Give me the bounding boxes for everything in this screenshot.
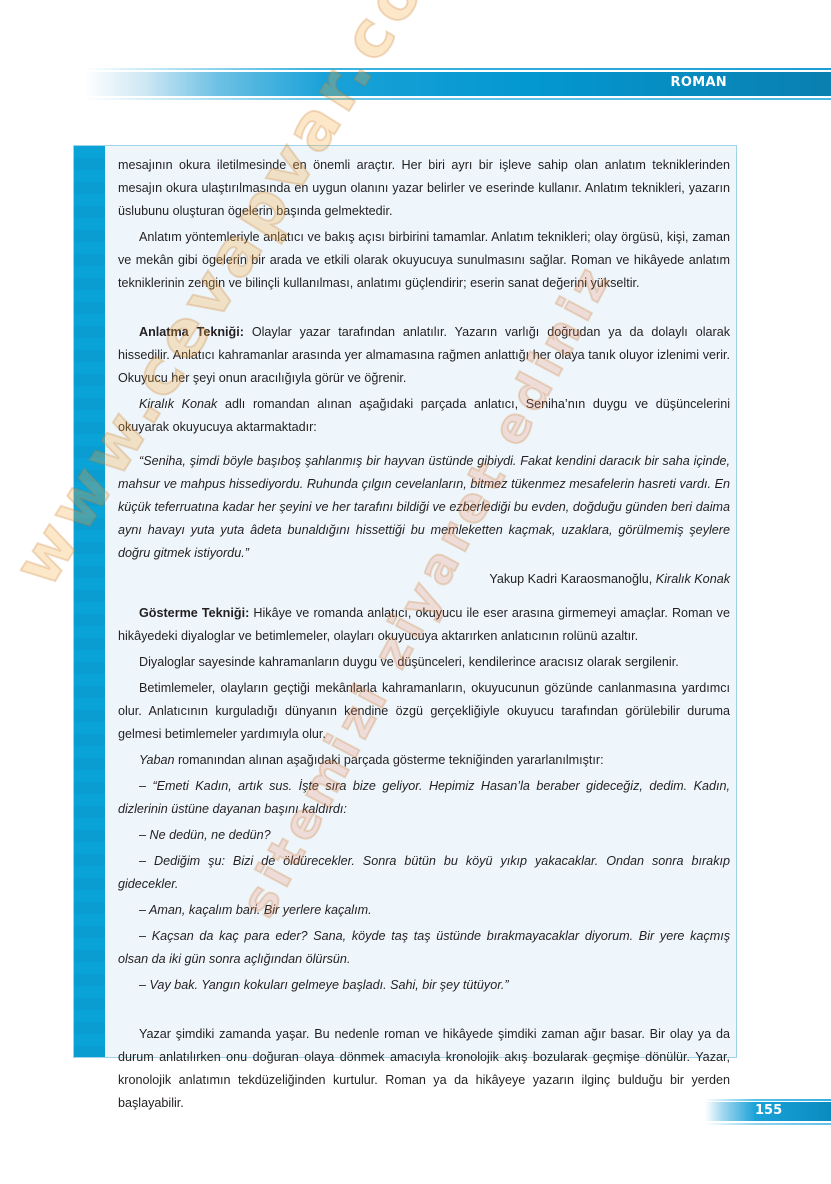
side-accent-strip: [74, 146, 105, 1057]
gosterme-definition: Gösterme Tekniği: Hikâye ve romanda anla…: [118, 602, 730, 648]
gosterme-example-title: Yaban: [139, 753, 174, 767]
gosterme-example-intro: Yaban romanından alınan aşağıdaki parçad…: [118, 749, 730, 772]
attribution-author: Yakup Kadri Karaosmanoğlu,: [489, 572, 655, 586]
anlatma-quote: “Seniha, şimdi böyle başıboş şahlanmış b…: [118, 450, 730, 565]
anlatma-definition: Anlatma Tekniği: Olaylar yazar tarafında…: [118, 321, 730, 390]
dialogue-line: – Dediğim şu: Bizi de öldürecekler. Sonr…: [118, 850, 730, 896]
anlatma-attribution: Yakup Kadri Karaosmanoğlu, Kiralık Konak: [118, 568, 730, 591]
dialogue-line: – Aman, kaçalım bari. Bir yerlere kaçalı…: [118, 899, 730, 922]
body-text: mesajının okura iletilmesinde en önemli …: [118, 154, 730, 1115]
attribution-work: Kiralık Konak: [656, 572, 730, 586]
page-number: 155: [755, 1103, 782, 1118]
section-header-bar: ROMAN: [84, 68, 831, 98]
dialogue-line: – Vay bak. Yangın kokuları gelmeye başla…: [118, 974, 730, 997]
dialogue-line: – Ne dedün, ne dedün?: [118, 824, 730, 847]
anlatma-term: Anlatma Tekniği:: [139, 325, 244, 339]
gosterme-example-intro-text: romanından alınan aşağıdaki parçada göst…: [174, 753, 603, 767]
header-top-rule: [84, 68, 831, 70]
dialogue-line: – Kaçsan da kaç para eder? Sana, köyde t…: [118, 925, 730, 971]
gosterme-term: Gösterme Tekniği:: [139, 606, 249, 620]
page-bar-top-rule: [705, 1099, 831, 1101]
dialogues-paragraph: Diyaloglar sayesinde kahramanların duygu…: [118, 651, 730, 674]
anlatma-example-title: Kiralık Konak: [139, 397, 217, 411]
descriptions-paragraph: Betimlemeler, olayların geçtiği mekânlar…: [118, 677, 730, 746]
content-box: mesajının okura iletilmesinde en önemli …: [73, 145, 737, 1058]
page-bar-bottom-rule: [705, 1123, 831, 1125]
closing-paragraph: Yazar şimdiki zamanda yaşar. Bu nedenle …: [118, 1023, 730, 1115]
header-bottom-rule: [84, 98, 831, 100]
page-number-bar: 155: [705, 1099, 831, 1125]
anlatma-example-intro: Kiralık Konak adlı romandan alınan aşağı…: [118, 393, 730, 439]
intro-paragraph-1: mesajının okura iletilmesinde en önemli …: [118, 154, 730, 223]
intro-paragraph-2: Anlatım yöntemleriyle anlatıcı ve bakış …: [118, 226, 730, 295]
section-title: ROMAN: [671, 75, 727, 90]
dialogue-line: – “Emeti Kadın, artık sus. İşte sıra biz…: [118, 775, 730, 821]
